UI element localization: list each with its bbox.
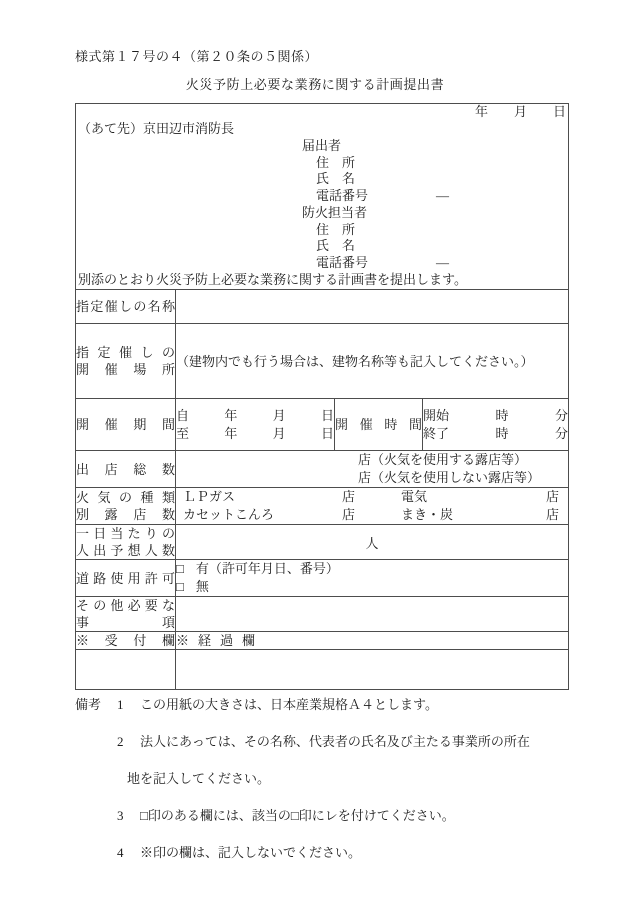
event-time-field: 開始 時 分 終了 時 分 [423,399,569,451]
remark-line: ※印の欄は、記入しないでください。 [140,843,557,863]
event-place-label-line1: 指定催しの [76,344,175,361]
remark-head-spacer [75,843,117,863]
fire-type-label-line1: 火気の種類 [76,489,175,506]
fire-type-item: カセットこんろ [183,506,342,524]
remark-head-spacer [75,732,117,789]
fire-type-item: ＬＰガス [183,488,342,506]
time-start-label: 開始 [423,407,449,425]
event-period-field: 自 年 月 日 至 年 月 日 [176,399,335,451]
period-day-label: 日 [321,407,334,425]
road-permit-option-yes-label: 有（許可年月日、番号） [196,561,339,576]
fire-type-item: まき・炭 [401,506,453,524]
date-line: 年 月 日 [76,104,568,121]
remark-line: この用紙の大きさは、日本産業規格Ａ４とします。 [140,695,557,715]
visitors-field: 人 [176,525,569,560]
checkbox-unchecked-icon: □ [176,579,184,594]
period-year-label: 年 [224,407,237,425]
remark-text: ※印の欄は、記入しないでください。 [140,843,557,863]
fire-type-unit: 店 [546,488,559,506]
time-end-line: 終了 時 分 [423,425,568,443]
time-hour-label: 時 [496,425,509,443]
road-permit-field: □有（許可年月日、番号） □無 [176,560,569,597]
event-place-note: （建物内でも行う場合は、建物名称等も記入してください。） [176,354,534,369]
event-place-label: 指定催しの 開催場所 [76,324,176,399]
event-place-label-line2: 開催場所 [76,361,175,378]
visitors-label: 一日当たりの 人出予想人数 [76,525,176,560]
remark-item: 3 □印のある欄には、該当の□印にレを付けてください。 [75,806,557,826]
letterhead-cell: 年 月 日 （あて先）京田辺市消防長 届出者 住 所 氏 名 電話番号― 防火担… [76,104,569,290]
time-hour-label: 時 [496,407,509,425]
addressee-line: （あて先）京田辺市消防長 [76,121,568,138]
total-stalls-label: 出店総数 [76,451,176,488]
visitors-label-line1: 一日当たりの [76,525,175,542]
event-period-label: 開催期間 [76,399,176,451]
other-items-label-line2: 事項 [76,614,175,631]
notifier-phone-line: 電話番号― [76,188,568,205]
fire-type-row: カセットこんろ 店 まき・炭 店 [176,506,568,524]
road-permit-option-yes: □有（許可年月日、番号） [176,560,568,578]
plan-form-table: 年 月 日 （あて先）京田辺市消防長 届出者 住 所 氏 名 電話番号― 防火担… [75,103,569,690]
event-name-field [176,290,569,324]
phone-separator-dash: ― [436,188,449,203]
road-permit-option-no-label: 無 [196,579,209,594]
period-month-label: 月 [273,425,286,443]
fire-manager-address-label: 住 所 [76,222,568,239]
document-page: 様式第１７号の４（第２０条の５関係） 火災予防上必要な業務に関する計画提出書 年… [0,0,630,903]
progress-column-label: ※経過欄 [176,632,569,650]
checkbox-unchecked-icon: □ [176,561,184,576]
remark-text: 法人にあっては、その名称、代表者の氏名及び主たる事業所の所在 地を記入してくださ… [140,732,557,789]
remark-line: □印のある欄には、該当の□印にレを付けてください。 [140,806,557,826]
road-permit-option-no: □無 [176,578,568,596]
fire-type-field: ＬＰガス 店 電気 店 カセットこんろ 店 まき・炭 店 [176,488,569,525]
fire-type-row: ＬＰガス 店 電気 店 [176,488,568,506]
period-to-line: 至 年 月 日 [176,425,334,443]
event-time-label: 開催時間 [335,399,423,451]
remarks-section: 備考 1 この用紙の大きさは、日本産業規格Ａ４とします。 2 法人にあっては、そ… [75,695,557,880]
reception-column-label: ※受付欄 [76,632,176,650]
event-place-field: （建物内でも行う場合は、建物名称等も記入してください。） [176,324,569,399]
other-items-field [176,597,569,632]
phone-separator-dash: ― [436,255,449,270]
remark-line: 地を記入してください。 [127,769,557,789]
visitors-unit: 人 [366,536,379,551]
remark-item: 備考 1 この用紙の大きさは、日本産業規格Ａ４とします。 [75,695,557,715]
remark-item: 4 ※印の欄は、記入しないでください。 [75,843,557,863]
notifier-address-label: 住 所 [76,155,568,172]
fire-type-item: 電気 [401,488,427,506]
progress-field [176,650,569,690]
period-to-prefix: 至 [176,425,189,443]
total-stalls-line2: 店（火気を使用しない露店等） [358,469,568,487]
time-minute-label: 分 [555,425,568,443]
fire-manager-name-label: 氏 名 [76,238,568,255]
remark-item: 2 法人にあっては、その名称、代表者の氏名及び主たる事業所の所在 地を記入してく… [75,732,557,789]
reception-field [76,650,176,690]
remark-number: 3 [117,806,140,826]
document-title: 火災予防上必要な業務に関する計画提出書 [0,76,630,93]
fire-manager-phone-label: 電話番号 [316,255,368,270]
notifier-name-label: 氏 名 [76,171,568,188]
visitors-label-line2: 人出予想人数 [76,542,175,559]
total-stalls-field: 店（火気を使用する露店等） 店（火気を使用しない露店等） [176,451,569,488]
remark-text: この用紙の大きさは、日本産業規格Ａ４とします。 [140,695,557,715]
total-stalls-line1: 店（火気を使用する露店等） [358,451,568,469]
period-from-line: 自 年 月 日 [176,407,334,425]
remark-number: 4 [117,843,140,863]
fire-type-label-line2: 別露店数 [76,506,175,523]
remark-number: 1 [117,695,140,715]
remark-head-spacer [75,806,117,826]
time-minute-label: 分 [555,407,568,425]
remark-line: 法人にあっては、その名称、代表者の氏名及び主たる事業所の所在 [140,732,557,752]
fire-type-unit: 店 [342,506,356,524]
period-day-label: 日 [321,425,334,443]
time-end-label: 終了 [423,425,449,443]
event-name-label: 指定催しの名称 [76,290,176,324]
remark-text: □印のある欄には、該当の□印にレを付けてください。 [140,806,557,826]
submission-statement: 別添のとおり火災予防上必要な業務に関する計画書を提出します。 [76,272,568,289]
remarks-label: 備考 [75,695,117,715]
road-permit-label: 道路使用許可 [76,560,176,597]
fire-manager-role-label: 防火担当者 [76,205,568,222]
form-number: 様式第１７号の４（第２０条の５関係） [75,49,318,65]
period-year-label: 年 [224,425,237,443]
period-from-prefix: 自 [176,407,189,425]
period-month-label: 月 [273,407,286,425]
fire-type-unit: 店 [546,506,559,524]
other-items-label: その他必要な 事項 [76,597,176,632]
time-start-line: 開始 時 分 [423,407,568,425]
notifier-phone-label: 電話番号 [316,188,368,203]
fire-type-unit: 店 [342,488,356,506]
other-items-label-line1: その他必要な [76,597,175,614]
notifier-role-label: 届出者 [76,138,568,155]
fire-manager-phone-line: 電話番号― [76,255,568,272]
fire-type-label: 火気の種類 別露店数 [76,488,176,525]
